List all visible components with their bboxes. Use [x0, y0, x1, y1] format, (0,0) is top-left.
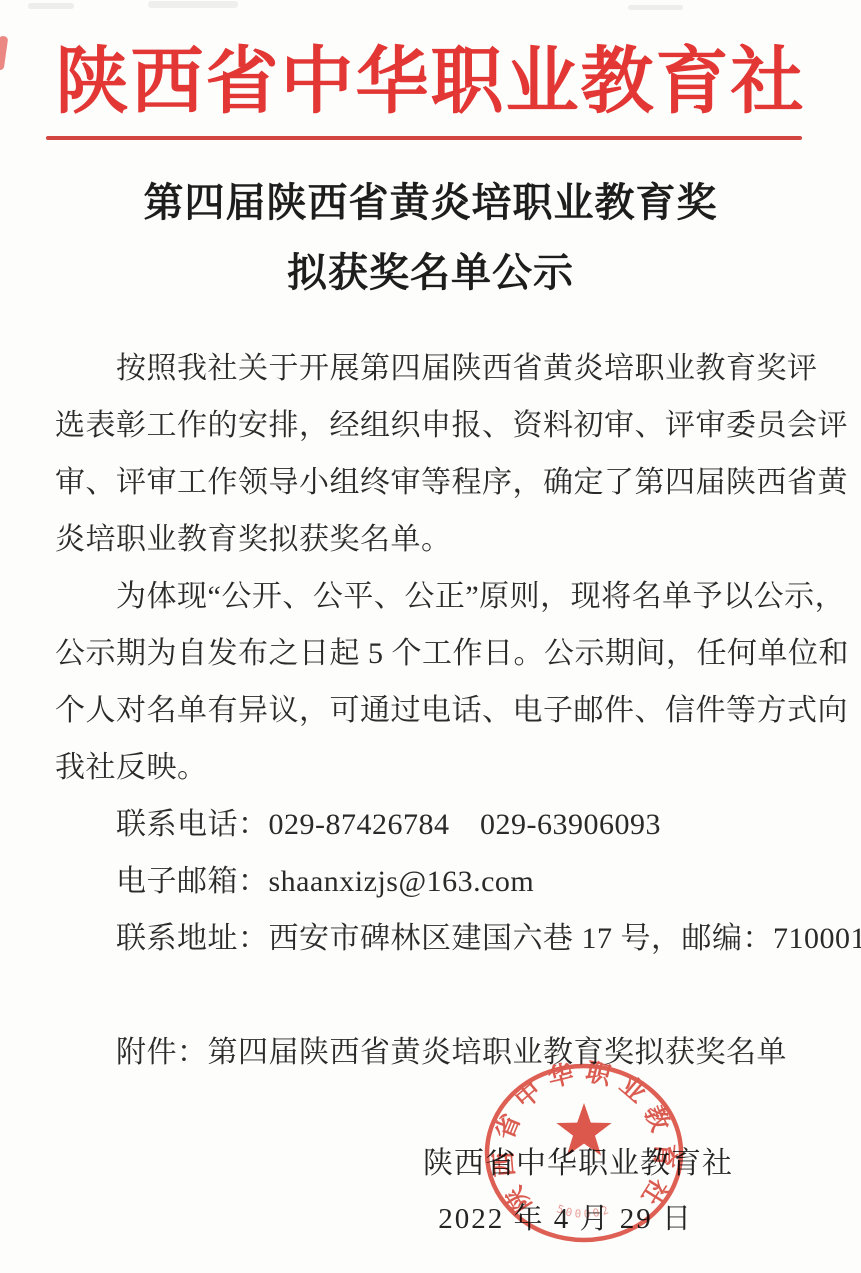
contact-phone-line: 联系电话：029-87426784 029-63906093 — [55, 796, 807, 853]
attachment-line: 附件：第四届陕西省黄炎培职业教育奖拟获奖名单 — [55, 1024, 807, 1081]
scan-noise — [28, 3, 74, 9]
body-line: 审、评审工作领导小组终审等程序，确定了第四届陕西省黄 — [55, 454, 807, 511]
blank-line — [55, 967, 807, 1024]
body-line: 个人对名单有异议，可通过电话、电子邮件、信件等方式向 — [55, 682, 807, 739]
document-page: 陕西省中华职业教育社 第四届陕西省黄炎培职业教育奖 拟获奖名单公示 按照我社关于… — [0, 0, 861, 1273]
contact-email-line: 电子邮箱：shaanxizjs@163.com — [55, 853, 807, 910]
document-title-line1: 第四届陕西省黄炎培职业教育奖 — [0, 168, 861, 238]
contact-address-line: 联系地址：西安市碑林区建国六巷 17 号，邮编：710001 — [55, 910, 807, 967]
body-line: 选表彰工作的安排，经组织申报、资料初审、评审委员会评 — [55, 397, 807, 454]
document-title: 第四届陕西省黄炎培职业教育奖 拟获奖名单公示 — [0, 168, 861, 308]
letterhead-divider — [46, 136, 802, 140]
document-body: 按照我社关于开展第四届陕西省黄炎培职业教育奖评 选表彰工作的安排，经组织申报、资… — [55, 340, 807, 1081]
letterhead-org-name: 陕西省中华职业教育社 — [0, 22, 861, 127]
scan-noise — [148, 1, 238, 8]
body-line: 我社反映。 — [55, 739, 807, 796]
document-title-line2: 拟获奖名单公示 — [0, 238, 861, 308]
body-line: 公示期为自发布之日起 5 个工作日。公示期间，任何单位和 — [55, 625, 807, 682]
body-line: 炎培职业教育奖拟获奖名单。 — [55, 511, 807, 568]
body-line: 为体现“公开、公平、公正”原则，现将名单予以公示， — [55, 568, 807, 625]
scan-noise — [628, 5, 683, 10]
star-icon — [556, 1103, 611, 1156]
official-seal: 陕西省中华职业教育社 500002 — [481, 1060, 687, 1250]
body-line: 按照我社关于开展第四届陕西省黄炎培职业教育奖评 — [55, 340, 807, 397]
seal-code: 500002 — [555, 1202, 613, 1221]
